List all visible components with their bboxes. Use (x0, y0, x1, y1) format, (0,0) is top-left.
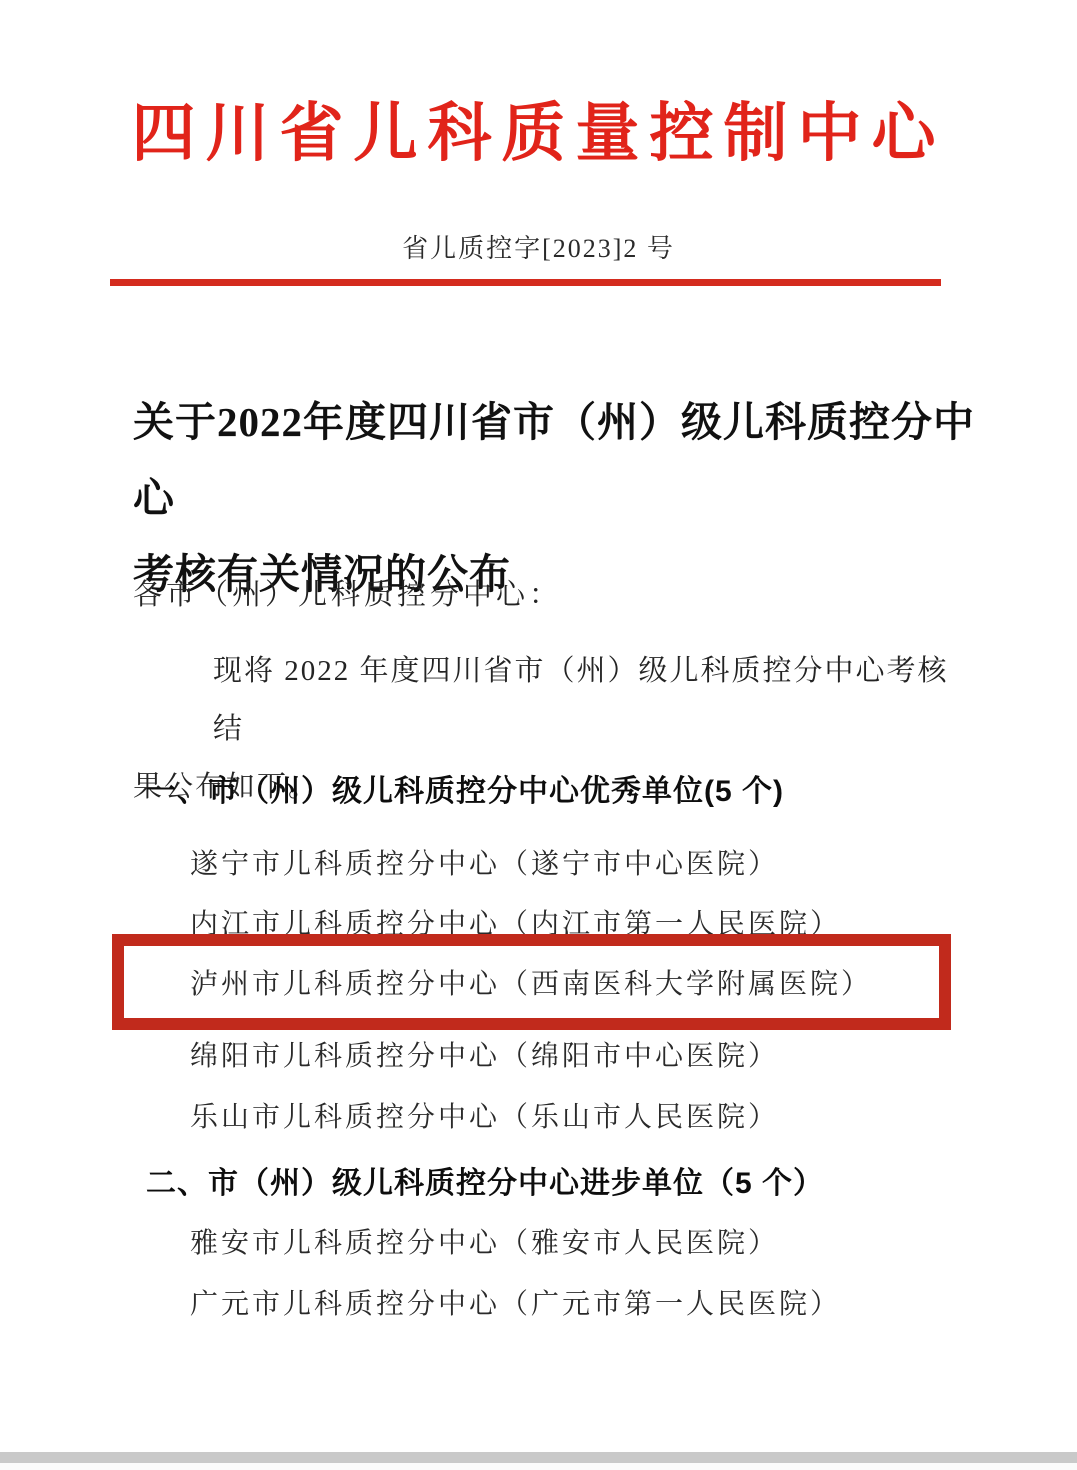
list-item-yaan: 雅安市儿科质控分中心（雅安市人民医院） (190, 1221, 779, 1261)
salutation: 各市（州）儿科质控分中心： (133, 572, 562, 613)
section-1-heading: 一、市（州）级儿科质控分中心优秀单位(5 个) (146, 766, 784, 810)
highlight-box: 泸州市儿科质控分中心（西南医科大学附属医院） (112, 934, 951, 1030)
page-bottom-margin (0, 1463, 1077, 1470)
page-bottom-edge (0, 1452, 1077, 1463)
list-item-luzhou-highlighted: 泸州市儿科质控分中心（西南医科大学附属医院） (190, 962, 939, 1002)
document-title-line-1: 关于2022年度四川省市（州）级儿科质控分中心 (133, 384, 983, 536)
document-page: 四川省儿科质量控制中心 省儿质控字[2023]2 号 关于2022年度四川省市（… (0, 0, 1077, 1470)
body-paragraph-line-1: 现将 2022 年度四川省市（州）级儿科质控分中心考核结 (133, 642, 963, 758)
list-item-suining: 遂宁市儿科质控分中心（遂宁市中心医院） (190, 842, 779, 882)
list-item-mianyang: 绵阳市儿科质控分中心（绵阳市中心医院） (190, 1034, 779, 1074)
document-number: 省儿质控字[2023]2 号 (0, 228, 1077, 265)
list-item-guangyuan: 广元市儿科质控分中心（广元市第一人民医院） (190, 1282, 841, 1322)
letterhead-org-name: 四川省儿科质量控制中心 (0, 82, 1077, 174)
list-item-leshan: 乐山市儿科质控分中心（乐山市人民医院） (190, 1095, 779, 1135)
section-2-heading: 二、市（州）级儿科质控分中心进步单位（5 个） (146, 1158, 824, 1202)
letterhead-red-rule (110, 279, 941, 286)
